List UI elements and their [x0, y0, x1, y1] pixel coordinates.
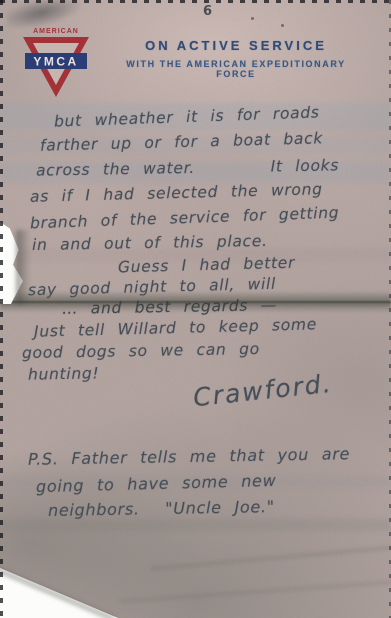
ink-speck: [281, 24, 284, 27]
ymca-logo-icon: AMERICAN YMCA: [16, 22, 96, 102]
handwritten-line: say good night to all, will: [28, 275, 276, 299]
handwritten-line: in and out of this place.: [32, 232, 268, 254]
handwritten-line: as if I had selected the wrong: [30, 180, 323, 206]
handwritten-line: going to have some new: [36, 471, 277, 496]
page-number: 6: [203, 4, 212, 19]
handwritten-line: farther up or for a boat back: [40, 129, 323, 154]
handwritten-line: Guess I had better: [118, 254, 295, 277]
handwritten-line: but wheather it is for roads: [54, 103, 320, 130]
handwritten-line: across the water. It looks: [36, 156, 339, 179]
ymca-band-text: YMCA: [33, 55, 78, 69]
scan-edge-left: [0, 0, 3, 618]
handwritten-line: good dogs so we can go: [22, 340, 260, 362]
letter-scan-page: 6 AMERICAN YMCA ON ACTIVE SERVICE WITH T…: [0, 0, 391, 618]
handwritten-line: P.S. Father tells me that you are: [28, 444, 350, 469]
paper-crease: [0, 519, 391, 531]
scan-edge-top: [0, 0, 391, 3]
paper-tear-corner: [0, 568, 118, 618]
handwritten-line: Just tell Willard to keep some: [34, 315, 317, 340]
handwritten-line: hunting!: [28, 364, 100, 383]
ymca-logo-top-text: AMERICAN: [33, 28, 79, 35]
letterhead-subtitle: WITH THE AMERICAN EXPEDITIONARY FORCE: [110, 59, 362, 79]
paper-crease: [120, 580, 391, 603]
handwritten-line: branch of the service for getting: [30, 204, 340, 233]
letterhead-title: ON ACTIVE SERVICE: [110, 38, 362, 53]
paper-tear-corner-shadow: [0, 564, 116, 618]
paper-tear-left: [0, 222, 26, 304]
signature: Crawford.: [192, 369, 334, 412]
handwritten-line: … and best regards —: [62, 296, 277, 318]
ink-speck: [251, 17, 254, 20]
letterhead: ON ACTIVE SERVICE WITH THE AMERICAN EXPE…: [110, 38, 362, 79]
paper-crease: [150, 545, 391, 571]
handwritten-line: neighbors. "Uncle Joe.": [48, 497, 275, 520]
